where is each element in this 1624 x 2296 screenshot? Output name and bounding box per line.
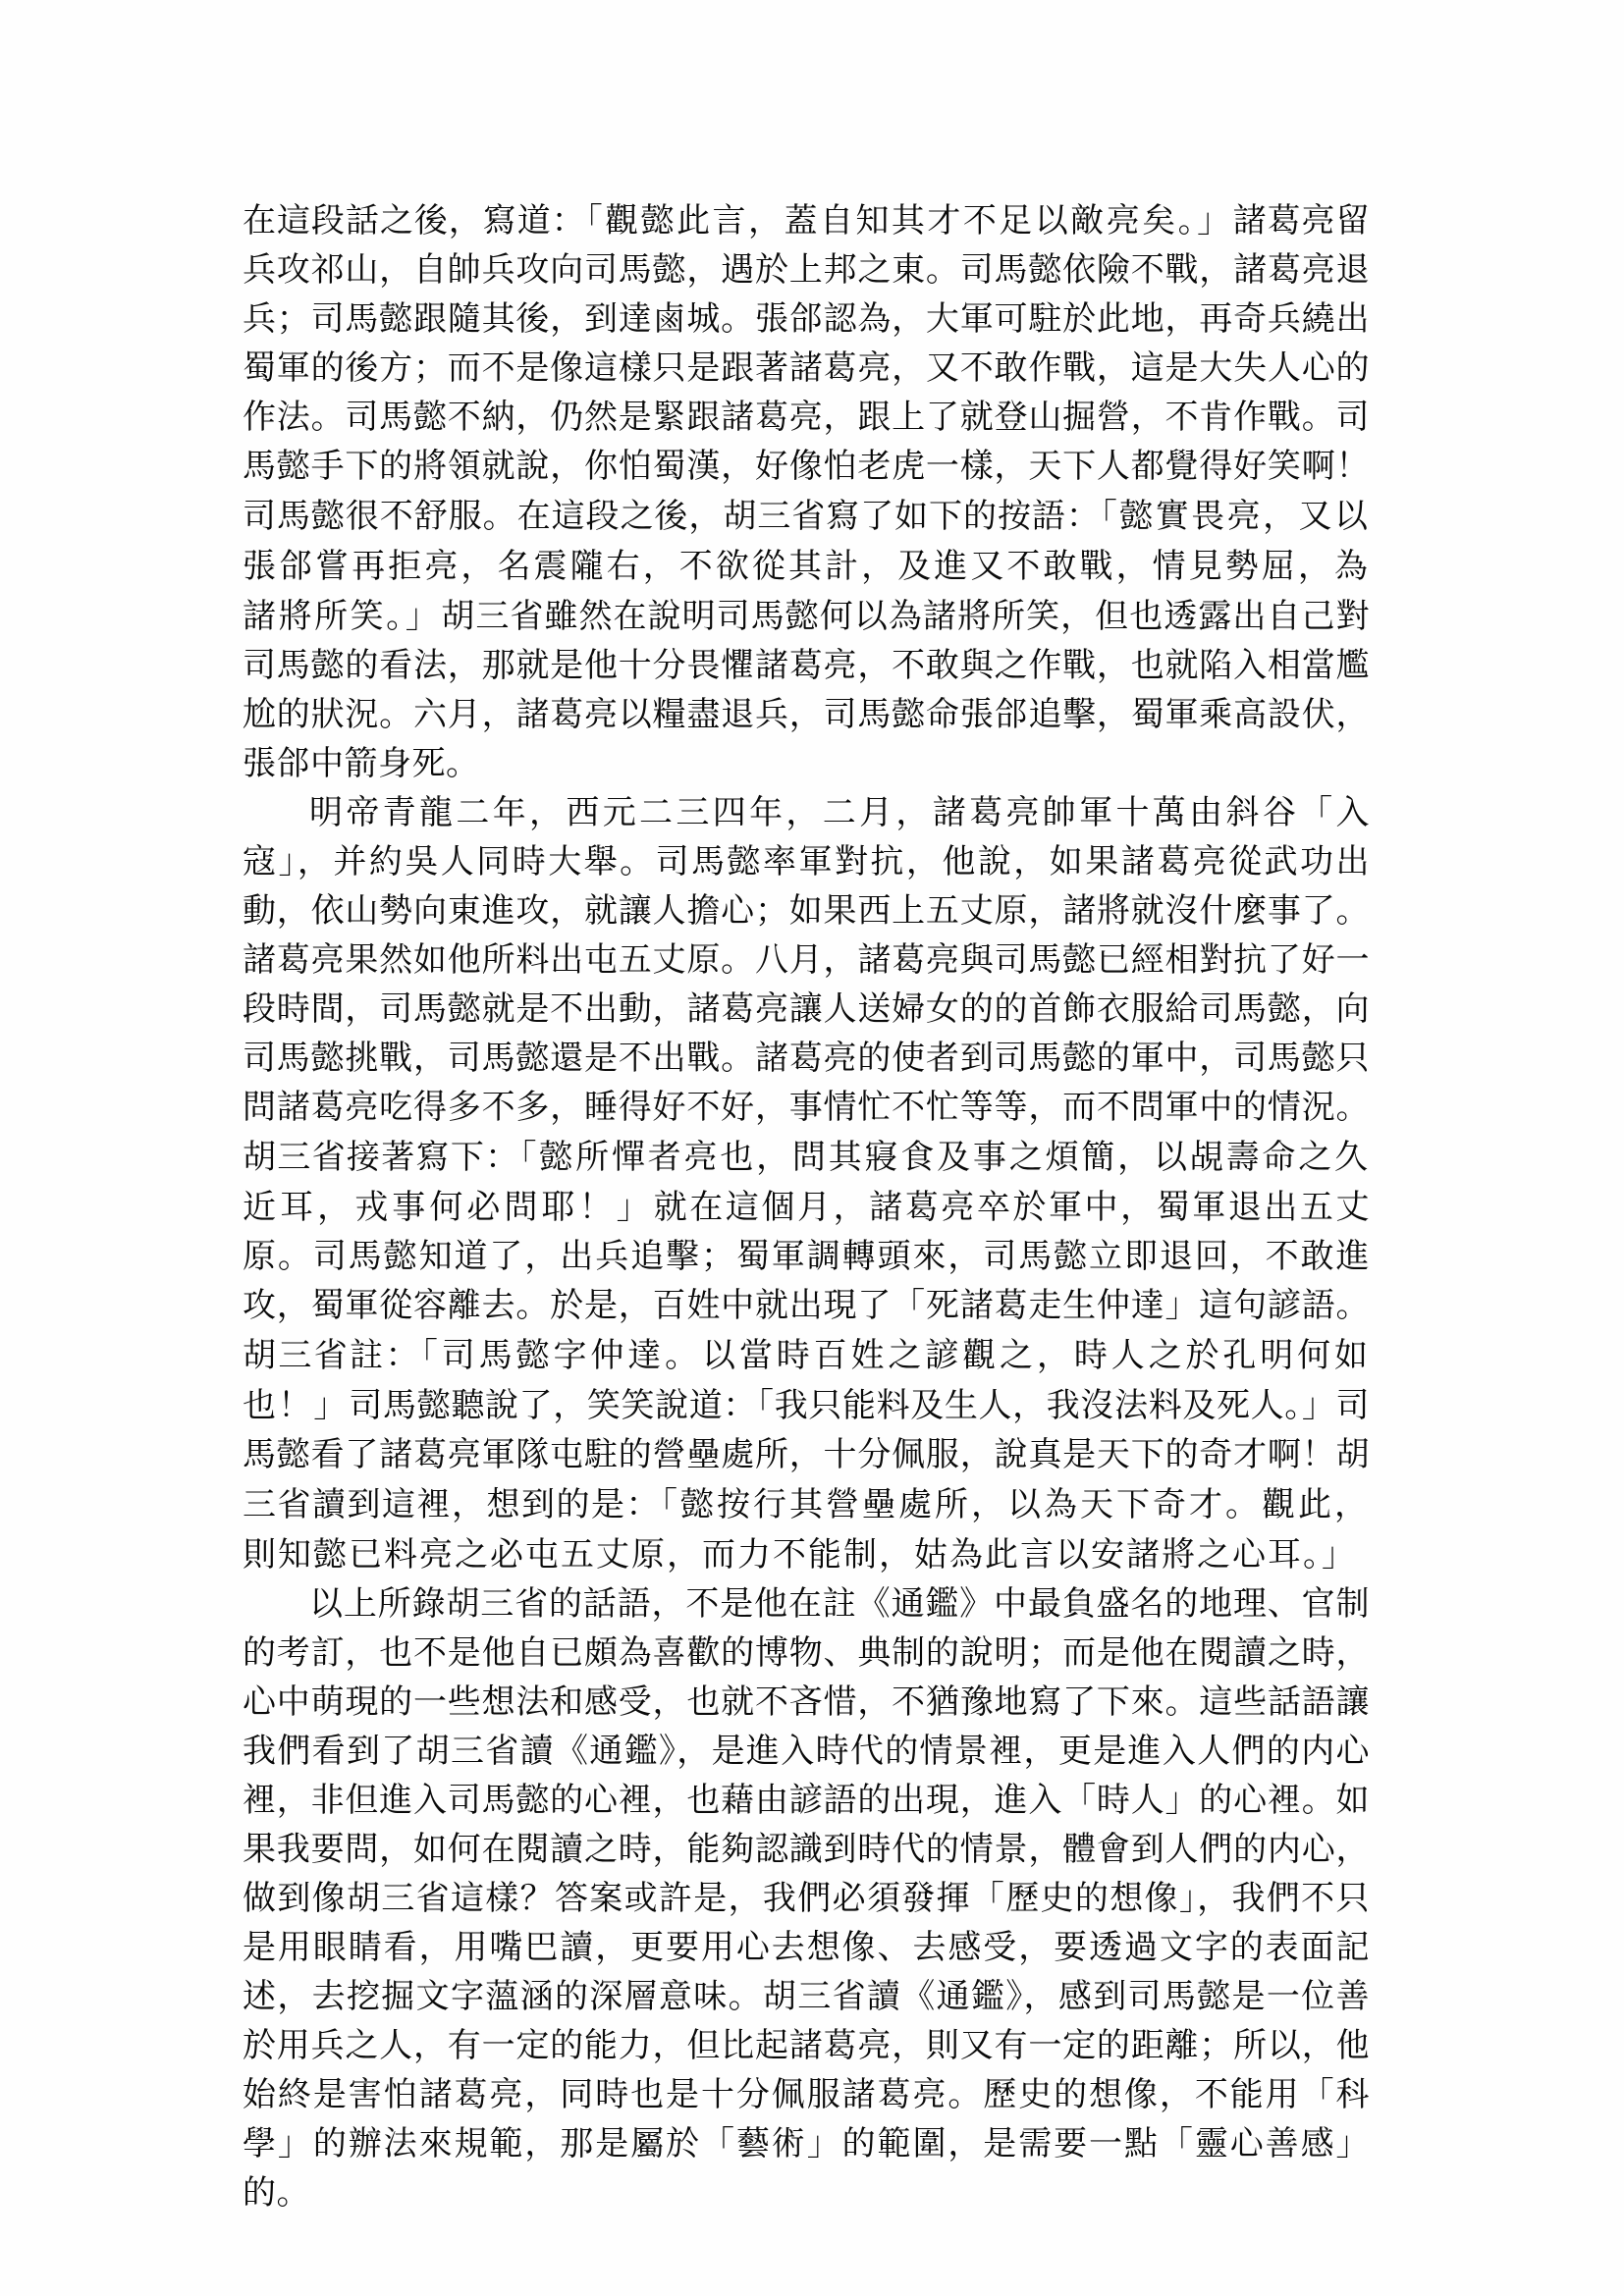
text-run: 明帝青龍二年，西元二三四年，二月，諸葛亮帥軍十萬由斜谷「入寇」，并約吳人同時大舉… — [243, 795, 1370, 1176]
text-run: 在這段話之後，寫道： — [243, 203, 586, 240]
text-body: 在這段話之後，寫道：「觀懿此言，蓋自知其才不足以敵亮矣。」諸葛亮留兵攻祁山，自帥… — [243, 196, 1370, 2218]
classical-quote-run: 「觀懿此言，蓋自知其才不足以敵亮矣。」 — [586, 201, 1233, 240]
text-run: 以上所錄胡三省的話語，不是他在註《通鑑》中最負盛名的地理、官制的考訂，也不是他自… — [243, 1586, 1370, 2212]
paragraph-2: 明帝青龍二年，西元二三四年，二月，諸葛亮帥軍十萬由斜谷「入寇」，并約吳人同時大舉… — [243, 789, 1370, 1580]
paragraph-3: 以上所錄胡三省的話語，不是他在註《通鑑》中最負盛名的地理、官制的考訂，也不是他自… — [243, 1580, 1370, 2218]
paragraph-1: 在這段話之後，寫道：「觀懿此言，蓋自知其才不足以敵亮矣。」諸葛亮留兵攻祁山，自帥… — [243, 196, 1370, 789]
document-page: 在這段話之後，寫道：「觀懿此言，蓋自知其才不足以敵亮矣。」諸葛亮留兵攻祁山，自帥… — [0, 0, 1624, 2296]
text-run: 諸葛亮留兵攻祁山，自帥兵攻向司馬懿，遇於上邦之東。司馬懿依險不戰，諸葛亮退兵；司… — [243, 203, 1370, 535]
